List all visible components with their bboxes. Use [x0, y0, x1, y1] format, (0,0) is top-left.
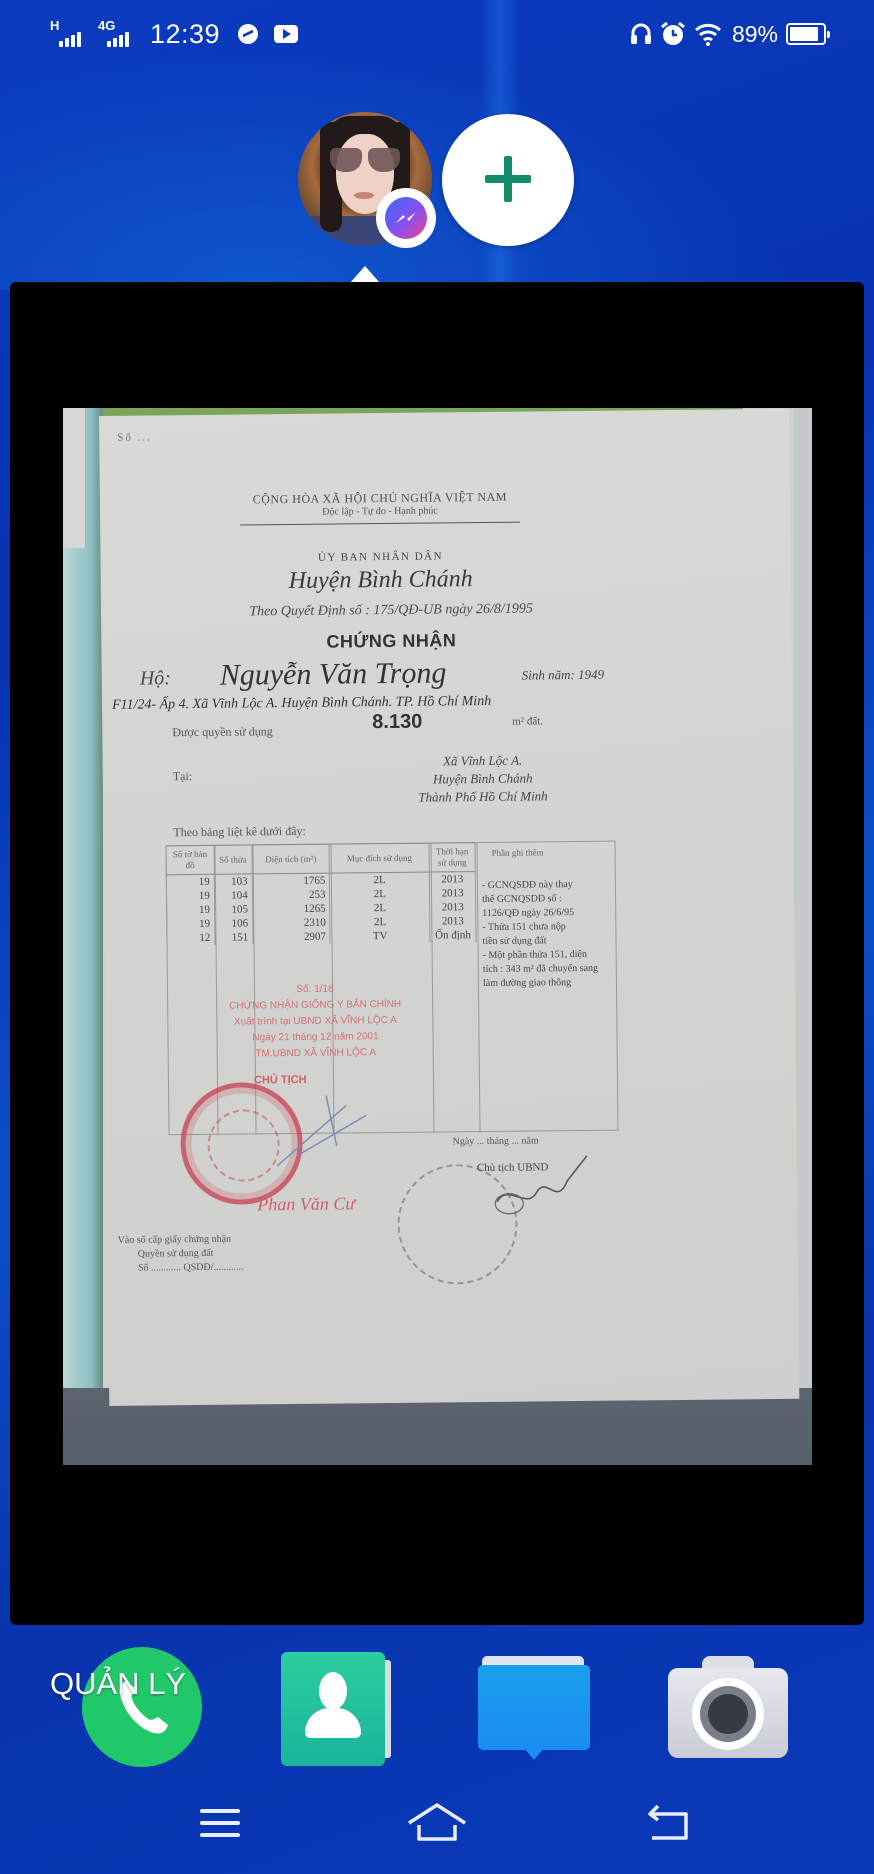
contacts-icon — [319, 1672, 347, 1710]
sim1-network-type: H — [50, 19, 59, 32]
messenger-notification-icon — [238, 24, 258, 44]
motto-underline — [240, 522, 520, 526]
col-notes-header: Phần ghi thêm — [492, 847, 544, 858]
battery-icon — [786, 23, 826, 45]
home-button[interactable] — [407, 1800, 467, 1846]
doc-district: Huyện Bình Chánh — [221, 565, 541, 595]
doc-use-label: Được quyền sử dụng — [172, 724, 272, 740]
image-viewer[interactable]: Số ... CỘNG HÒA XÃ HỘI CHỦ NGHĨA VIỆT NA… — [10, 282, 864, 1625]
camera-app-icon[interactable] — [668, 1656, 788, 1760]
doc-table-intro: Theo bảng liệt kê dưới đây: — [173, 824, 306, 840]
col-term: Thời hạn sử dụng — [429, 843, 475, 872]
col-map-sheet: Số tờ bản đồ — [166, 845, 214, 874]
messenger-badge-icon — [376, 188, 436, 248]
doc-title: CHỨNG NHẬN — [231, 629, 551, 653]
table-notes: - GCNQSDĐ này thay thế GCNQSDĐ số : 1126… — [482, 878, 623, 991]
menu-button[interactable] — [190, 1800, 250, 1846]
chat-head-pointer — [350, 266, 380, 283]
doc-birth-year: Sinh năm: 1949 — [522, 667, 605, 684]
col-purpose: Mục đích sử dụng — [329, 843, 429, 873]
land-use-certificate: Số ... CỘNG HÒA XÃ HỘI CHỦ NGHĨA VIỆT NA… — [99, 409, 799, 1406]
back-icon — [646, 1804, 690, 1842]
sim2-network-type: 4G — [98, 19, 115, 32]
status-bar-left: H 4G 12:39 — [50, 14, 298, 54]
left-signer-title: CHỦ TỊCH — [254, 1074, 307, 1087]
table-header-row: Số tờ bản đồ Số thửa Diện tích (m²) Mục … — [166, 843, 475, 875]
status-bar-right: 89% — [630, 14, 826, 54]
doc-area: 8.130 — [372, 711, 422, 735]
dock-overlay-label: QUẢN LÝ — [50, 1666, 186, 1702]
land-parcel-table: Số tờ bản đồ Số thửa Diện tích (m²) Mục … — [165, 842, 476, 945]
copy-certification-stamp: Số: 1/18 CHỨNG NHẬN GIỐNG Y BẢN CHÍNH Xu… — [215, 981, 416, 1063]
messages-icon — [478, 1665, 590, 1750]
battery-percent: 89% — [732, 21, 778, 48]
doc-area-unit: m² đất. — [512, 715, 543, 727]
messages-app-icon[interactable] — [478, 1656, 590, 1760]
youtube-notification-icon — [274, 25, 298, 43]
doc-committee: ỦY BAN NHÂN DÂN — [230, 549, 530, 564]
doc-motto: Độc lập - Tự do - Hạnh phúc — [230, 504, 530, 518]
doc-at-label: Tại: — [173, 769, 192, 784]
col-area: Diện tích (m²) — [252, 844, 330, 874]
alarm-icon — [660, 21, 686, 47]
col-parcel: Số thửa — [214, 845, 252, 874]
headphones-icon — [630, 22, 652, 46]
contacts-app-icon[interactable] — [281, 1652, 389, 1768]
menu-icon — [199, 1806, 241, 1840]
sim2-signal-icon: 4G — [98, 19, 138, 49]
doc-decision: Theo Quyết Định số : 175/QĐ-UB ngày 26/8… — [171, 601, 611, 622]
registry-note: Vào sổ cấp giấy chứng nhận Quyền sử dụng… — [118, 1233, 244, 1276]
sim1-signal-icon: H — [50, 19, 90, 49]
left-signer-name: Phan Văn Cư — [257, 1193, 355, 1215]
status-clock: 12:39 — [150, 19, 220, 50]
phone-app-icon[interactable] — [82, 1647, 202, 1767]
doc-owner-name: Nguyễn Văn Trọng — [220, 656, 447, 692]
document-photo[interactable]: Số ... CỘNG HÒA XÃ HỘI CHỦ NGHĨA VIỆT NA… — [63, 408, 812, 1465]
add-chat-button[interactable] — [442, 114, 574, 246]
doc-ref-corner: Số ... — [117, 431, 152, 443]
back-button[interactable] — [638, 1800, 698, 1846]
wifi-icon — [694, 22, 722, 46]
doc-location: Xã Vĩnh Lộc A. Huyện Bình Chánh Thành Ph… — [363, 751, 604, 808]
right-signature — [487, 1151, 598, 1222]
status-bar: H 4G 12:39 89% — [0, 0, 874, 68]
right-signer-date: Ngày ... tháng ... năm — [453, 1135, 539, 1147]
doc-owner-label: Hộ: — [140, 667, 171, 690]
home-icon — [407, 1803, 467, 1843]
doc-address: F11/24- Ấp 4. Xã Vĩnh Lộc A. Huyện Bình … — [112, 694, 491, 714]
signature-strokes — [266, 1085, 407, 1176]
